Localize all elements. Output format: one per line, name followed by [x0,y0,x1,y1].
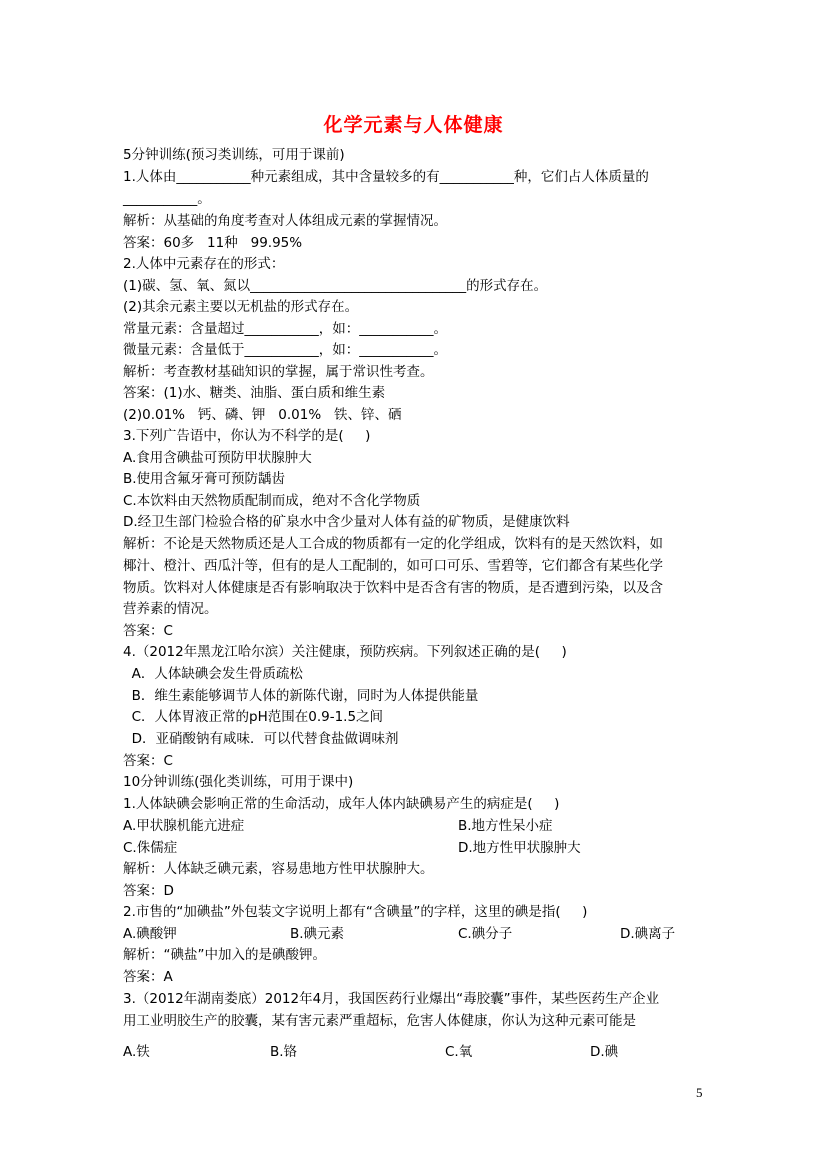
option-b: B.地方性呆小症 [458,817,553,835]
question-text: (2)其余元素主要以无机盐的形式存在。 [123,298,358,316]
question-text: 微量元素：含量低于___________，如：___________。 [123,341,447,359]
question-text: 2.人体中元素存在的形式： [123,255,284,273]
question-text: ___________。 [123,190,211,208]
answer-text: 答案：(1)水、糖类、油脂、蛋白质和维生素 [123,384,385,402]
answer-text: (2)0.01% 钙、磷、钾 0.01% 铁、锌、硒 [123,406,402,424]
question-text: 1.人体缺碘会影响正常的生命活动，成年人体内缺碘易产生的病症是( ) [123,795,559,813]
answer-text: 答案：C [123,622,173,640]
analysis-text: 解析：不论是天然物质还是人工合成的物质都有一定的化学组成，饮料有的是天然饮料，如 [123,535,663,553]
question-text: (1)碳、氢、氧、氮以_____________________________… [123,277,547,295]
option-c: C.本饮料由天然物质配制而成，绝对不含化学物质 [123,492,420,510]
section-header-5min: 5分钟训练(预习类训练，可用于课前) [123,146,345,164]
option-b: B.使用含氟牙膏可预防龋齿 [123,470,285,488]
question-text: 3.（2012年湖南娄底）2012年4月，我国医药行业爆出“毒胶囊”事件，某些医… [123,990,659,1008]
option-c: C.侏儒症 [123,839,177,857]
question-text: 用工业明胶生产的胶囊，某有害元素严重超标，危害人体健康，你认为这种元素可能是 [123,1012,636,1030]
analysis-text: 解析：考查教材基础知识的掌握，属于常识性考查。 [123,363,434,381]
option-a: A.甲状腺机能亢进症 [123,817,244,835]
document-page: 化学元素与人体健康 5分钟训练(预习类训练，可用于课前) 1.人体由______… [0,0,827,1170]
answer-text: 答案：D [123,882,174,900]
option-b: B．维生素能够调节人体的新陈代谢，同时为人体提供能量 [123,687,478,705]
option-c: C.碘分子 [458,925,512,943]
answer-text: 答案：60多 11种 99.95% [123,234,302,252]
analysis-text: 椰汁、橙汁、西瓜汁等，但有的是人工配制的，如可口可乐、雪碧等，它们都含有某些化学 [123,557,663,575]
answer-text: 答案：C [123,752,173,770]
document-title: 化学元素与人体健康 [0,110,827,137]
question-text: 1.人体由___________种元素组成，其中含量较多的有__________… [123,168,649,186]
option-c: C．人体胃液正常的pH范围在0.9-1.5之间 [123,708,383,726]
option-c: C.氧 [445,1043,472,1061]
option-b: B.铬 [270,1043,297,1061]
page-number: 5 [696,1085,703,1101]
option-a: A．人体缺碘会发生骨质疏松 [123,665,303,683]
analysis-text: 解析：“碘盐”中加入的是碘酸钾。 [123,946,326,964]
question-text: 常量元素：含量超过___________，如：___________。 [123,320,447,338]
option-a: A.食用含碘盐可预防甲状腺肿大 [123,449,312,467]
analysis-text: 解析：从基础的角度考查对人体组成元素的掌握情况。 [123,212,447,230]
analysis-text: 解析：人体缺乏碘元素，容易患地方性甲状腺肿大。 [123,860,434,878]
question-text: 4.（2012年黑龙江哈尔滨）关注健康，预防疾病。下列叙述正确的是( ) [123,643,567,661]
section-header-10min: 10分钟训练(强化类训练，可用于课中) [123,773,353,791]
question-text: 3.下列广告语中，你认为不科学的是( ) [123,427,370,445]
option-a: A.铁 [123,1043,150,1061]
question-text: 2.市售的“加碘盐”外包装文字说明上都有“含碘量”的字样，这里的碘是指( ) [123,903,587,921]
option-a: A.碘酸钾 [123,925,177,943]
option-d: D．亚硝酸钠有咸味．可以代替食盐做调味剂 [123,730,398,748]
option-d: D.碘 [590,1043,618,1061]
option-d: D.经卫生部门检验合格的矿泉水中含少量对人体有益的矿物质，是健康饮料 [123,513,570,531]
analysis-text: 营养素的情况。 [123,600,218,618]
option-b: B.碘元素 [290,925,344,943]
answer-text: 答案：A [123,968,173,986]
option-d: D.碘离子 [620,925,675,943]
analysis-text: 物质。饮料对人体健康是否有影响取决于饮料中是否含有害的物质，是否遭到污染，以及含 [123,579,663,597]
option-d: D.地方性甲状腺肿大 [458,839,581,857]
